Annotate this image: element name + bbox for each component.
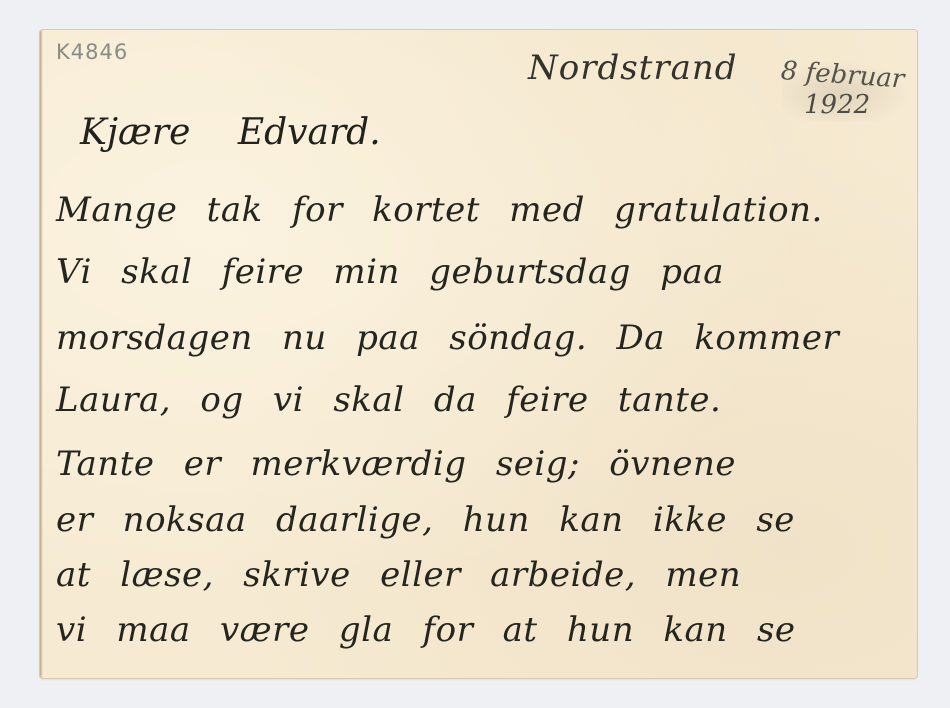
date-block: 8 februar 1922 bbox=[782, 56, 912, 126]
salutation: Kjære Edvard. bbox=[80, 112, 381, 153]
date-year: 1922 bbox=[804, 90, 870, 120]
letter-line-6: er noksaa daarlige, hun kan ikke se bbox=[56, 500, 795, 540]
place-name: Nordstrand bbox=[528, 48, 738, 88]
postcard: K4846 Nordstrand 8 februar 1922 Kjære Ed… bbox=[40, 30, 917, 678]
letter-line-5: Tante er merkværdig seig; övnene bbox=[56, 444, 736, 484]
letter-line-4: Laura, og vi skal da feire tante. bbox=[56, 380, 721, 420]
letter-line-8: vi maa være gla for at hun kan se bbox=[56, 610, 796, 650]
letter-line-3: morsdagen nu paa söndag. Da kommer bbox=[56, 318, 839, 358]
letter-line-2: Vi skal feire min geburtsdag paa bbox=[56, 252, 724, 292]
letter-line-1: Mange tak for kortet med gratulation. bbox=[56, 190, 823, 230]
letter-line-7: at læse, skrive eller arbeide, men bbox=[56, 555, 741, 595]
archive-id-pencil-note: K4846 bbox=[56, 40, 128, 64]
